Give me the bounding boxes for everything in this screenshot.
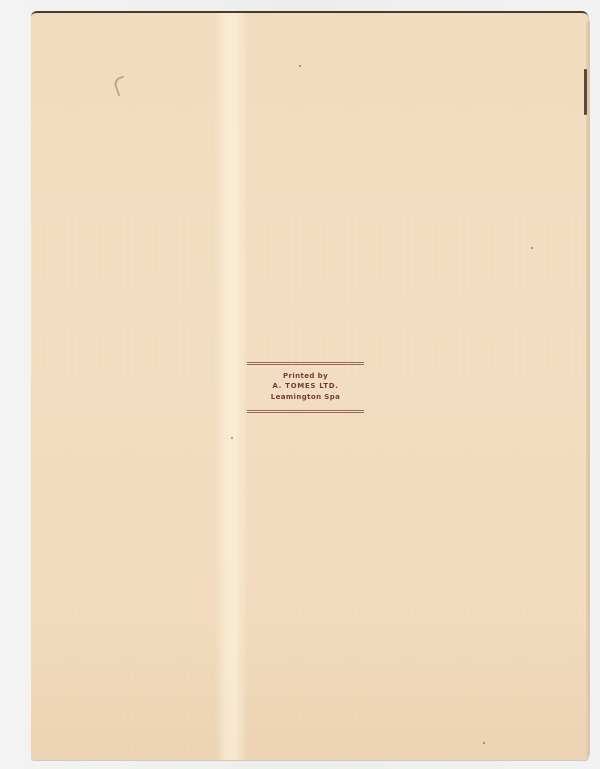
imprint-printed-by: Printed by: [247, 372, 364, 381]
double-rule-top: [247, 362, 364, 365]
speck: [231, 437, 233, 439]
page-edge: [586, 21, 590, 756]
double-rule-bottom: [247, 410, 364, 413]
stain-mark: [112, 75, 129, 96]
speck: [483, 742, 485, 744]
imprint-location: Leamington Spa: [247, 393, 364, 402]
staple-mark: [584, 69, 587, 115]
imprint-printer-name: A. TOMES LTD.: [247, 382, 364, 391]
printer-imprint: Printed by A. TOMES LTD. Leamington Spa: [247, 362, 364, 414]
speck: [299, 65, 301, 67]
speck: [531, 247, 533, 249]
